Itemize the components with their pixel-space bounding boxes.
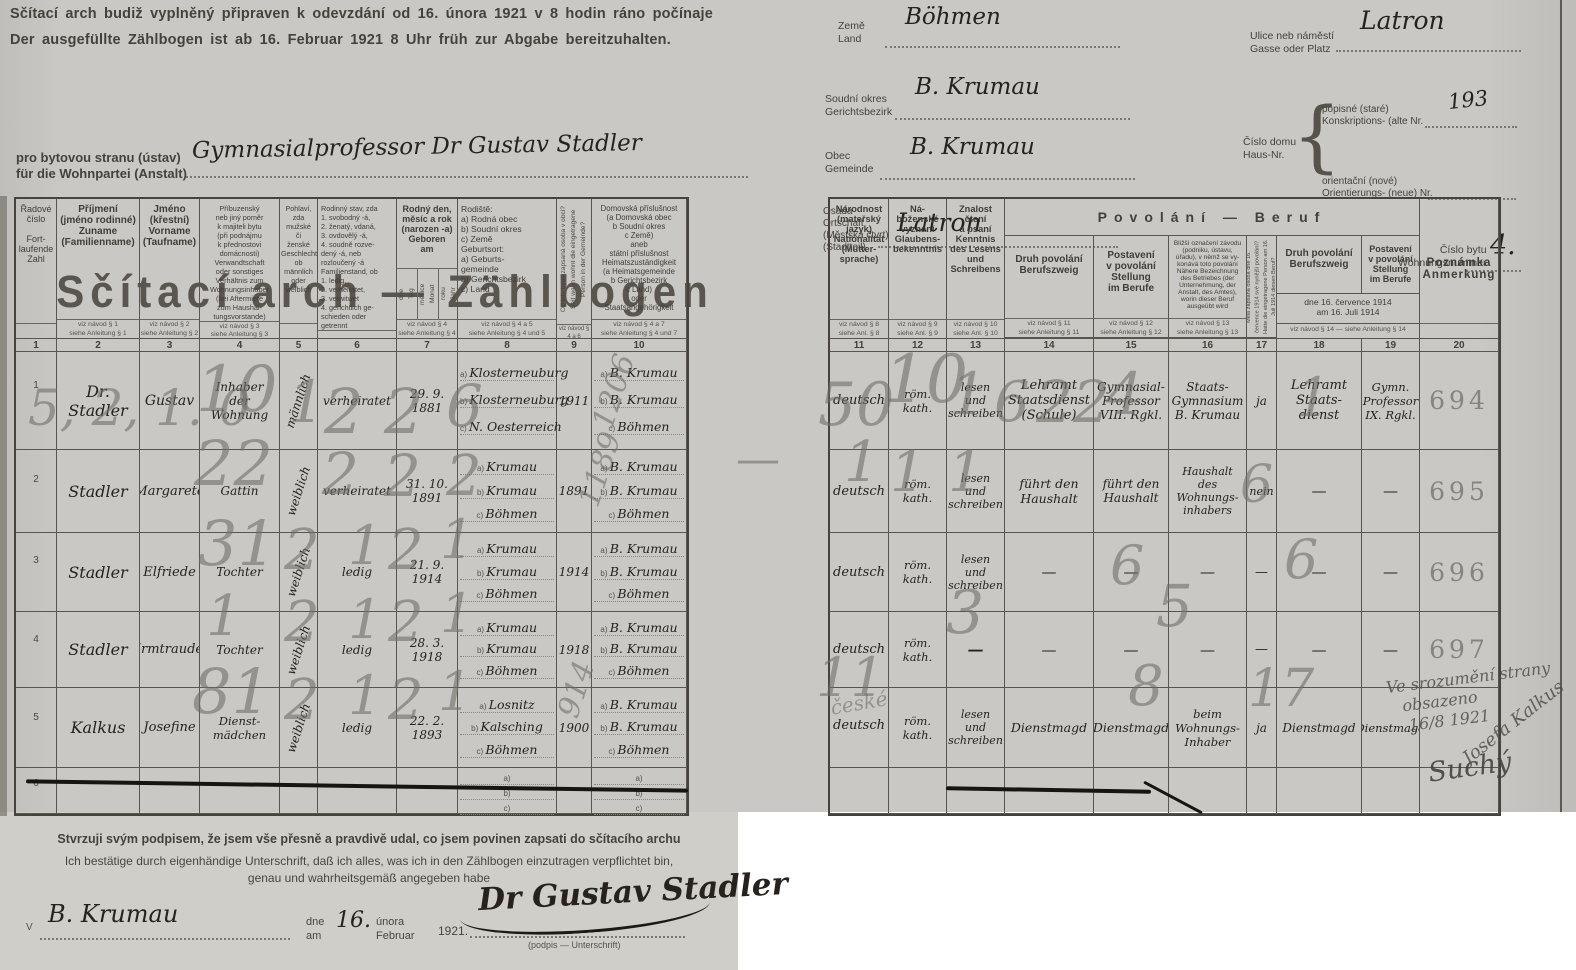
header-home-right: Domovská příslušnost (a Domovská obec b … <box>592 199 687 339</box>
pencil-mark: 1 <box>348 596 382 645</box>
surname-cell <box>57 768 140 814</box>
pencil-mark: 2 <box>284 676 320 726</box>
conscription-dotted-line <box>1425 126 1517 128</box>
literacy-cell: lesen und schreiben <box>947 688 1005 768</box>
municipality-label: Obec Gemeinde <box>825 150 873 175</box>
street-value: Latron <box>1360 6 1445 35</box>
surname-cell: Kalkus <box>57 688 140 768</box>
party-label: pro bytovou stranu (ústav)für die Wohnpa… <box>16 150 187 183</box>
occupation-cell: — <box>1005 533 1094 612</box>
pencil-mark: 22 <box>194 436 273 492</box>
note-1914: viz návod § 14 — siehe Anleitung § 14 <box>1277 324 1419 338</box>
firstname-cell: Elfriede <box>140 533 200 612</box>
header-occupation-type: Druh povolání Berufszweigviz návod § 11 … <box>1005 236 1094 338</box>
birthplace-cell <box>458 768 557 814</box>
same-1914-cell: — <box>1247 533 1277 612</box>
pencil-mark: 2 <box>388 526 424 576</box>
census-sheet-scan: Sčítací arch budiž vyplněný připraven k … <box>0 0 1576 970</box>
pencil-mark: 6 <box>446 380 483 432</box>
pencil-mark: 1 <box>1296 374 1330 423</box>
religion-cell: röm. kath. <box>889 688 947 768</box>
pencil-mark: 2 <box>324 384 363 440</box>
occupation-group-title: Povolání — Beruf <box>1005 199 1419 236</box>
same-1914-cell: ja <box>1247 352 1277 450</box>
pencil-mark: 50 <box>818 378 894 432</box>
position-1914-cell: Gymn. Professor IX. Rgkl. <box>1362 352 1420 450</box>
col-number: 5 <box>280 339 318 352</box>
col-number: 1 <box>16 339 57 352</box>
pencil-mark: 1 <box>206 592 242 642</box>
pencil-mark: 1 <box>440 590 474 639</box>
enterprise-cell: beim Wohnungs- Inhaber <box>1169 688 1247 768</box>
header-occupation-position: Postavení v povolání Stellung im Berufev… <box>1094 236 1169 338</box>
signature-dotted-line <box>470 936 685 938</box>
date-label-am: am <box>306 930 321 942</box>
birthplace-cell: LosnitzKalschingBöhmen <box>458 688 557 768</box>
since-cell: 1911 <box>557 352 592 450</box>
occupation-cell: Dienstmagd <box>1005 688 1094 768</box>
col-number: 14 <box>1005 339 1094 352</box>
remark-cell: 694 <box>1420 352 1499 450</box>
home-cell: B. KrumauB. KrumauBöhmen <box>592 688 687 768</box>
binding-edge <box>0 196 7 816</box>
pencil-mark: 1 <box>948 448 984 498</box>
position-1914-cell <box>1362 768 1420 814</box>
pencil-mark: 31 <box>198 516 277 572</box>
pencil-mark: 6 <box>1110 542 1144 591</box>
header-birthdate: Rodný den, měsíc a rok (narozen -a) Gebo… <box>397 199 458 339</box>
enterprise-cell: Haushalt des Wohnungs- inhabers <box>1169 450 1247 533</box>
col-number: 9 <box>557 339 592 352</box>
pencil-mark: 81 <box>192 664 271 720</box>
col-number: 3 <box>140 339 200 352</box>
surname-cell: Stadler <box>57 533 140 612</box>
pencil-mark: 2 <box>388 598 424 648</box>
firstname-cell: Irmtraude <box>140 612 200 688</box>
pencil-mark: 1 <box>890 448 926 498</box>
land-dotted-line <box>885 46 1120 48</box>
occupation-cell: — <box>1005 612 1094 688</box>
pencil-mark: 3 <box>946 586 984 640</box>
home-cell: B. KrumauB. KrumauBöhmen <box>592 612 687 688</box>
notice-line-cz: Sčítací arch budiž vyplněný připraven k … <box>10 6 776 22</box>
district-dotted-line <box>895 118 1130 120</box>
same-1914-cell <box>1247 768 1277 814</box>
row-number: 3 <box>16 533 57 612</box>
occupation-1914-cell <box>1277 768 1362 814</box>
pencil-mark: 5 <box>1156 580 1193 632</box>
enterprise-cell <box>1169 768 1247 814</box>
col-number: 6 <box>318 339 397 352</box>
municipality-dotted-line <box>880 178 1135 180</box>
col-number: 15 <box>1094 339 1169 352</box>
header-religion: Ná- boženské vyznání Glaubens- bekenntni… <box>889 199 947 339</box>
remark-cell: 695 <box>1420 450 1499 533</box>
pencil-mark: 6 <box>994 378 1030 428</box>
pencil-mark: 2 <box>446 452 482 502</box>
header-relationship: Příbuzenský neb jiný poměr k majiteli by… <box>200 199 280 339</box>
surname-cell: Stadler <box>57 612 140 688</box>
header-marital-status: Rodinný stav, zda 1. svobodný -á, 2. žen… <box>318 199 397 339</box>
occupation-subheaders: Druh povolání Berufszweigviz návod § 11 … <box>1005 236 1419 338</box>
street-label: Ulice neb náměstí Gasse oder Platz <box>1250 30 1334 55</box>
religion-cell: röm. kath. <box>889 612 947 688</box>
religion-cell: röm. kath. <box>889 533 947 612</box>
header-nationality: Národnost (mateřský jazyk) Nationalität … <box>830 199 889 339</box>
col-number: 4 <box>200 339 280 352</box>
subcol-year: roku Jahr <box>439 269 458 319</box>
pencil-mark: 1 <box>950 368 987 420</box>
pencil-mark: 17 <box>1248 666 1314 713</box>
col-number: 19 <box>1362 339 1420 352</box>
col-number: 8 <box>458 339 557 352</box>
occupation-cell: führt den Haushalt <box>1005 450 1094 533</box>
place-prefix: V <box>26 922 33 933</box>
home-cell: B. KrumauB. KrumauBöhmen <box>592 533 687 612</box>
header-firstname: Jméno (křestní) Vorname (Taufname)viz ná… <box>140 199 200 339</box>
pencil-mark: 1 <box>348 522 382 571</box>
place-dotted-line <box>40 938 290 940</box>
place-value: B. Krumau <box>48 900 178 928</box>
nationality-cell <box>830 768 889 814</box>
pencil-mark: — <box>736 440 780 480</box>
land-label: Země Land <box>838 20 865 45</box>
subheader-date-1914: dne 16. července 1914 am 16. Juli 1914 <box>1277 294 1419 324</box>
pencil-mark: 1 <box>288 376 325 428</box>
col-number: 10 <box>592 339 687 352</box>
header-occupation-type-1914: Druh povolání Berufszweig <box>1277 236 1362 294</box>
firstname-cell: Josefine <box>140 688 200 768</box>
remark-cell: 696 <box>1420 533 1499 612</box>
position-1914-cell: — <box>1362 533 1420 612</box>
header-sex: Pohlaví, zda mužské či ženské Geschlecht… <box>280 199 318 339</box>
col-number: 2 <box>57 339 140 352</box>
pencil-mark: 2 <box>284 526 320 576</box>
firstname-cell: Margarete <box>140 450 200 533</box>
pencil-mark: 22 <box>1036 376 1110 428</box>
religion-cell <box>889 768 947 814</box>
date-day-value: 16. <box>336 908 371 933</box>
position-cell: führt den Haushalt <box>1094 450 1169 533</box>
col-number: 18 <box>1277 339 1362 352</box>
pencil-mark: 1 <box>440 516 474 565</box>
header-residing-since: Od kdy bydlí zapsaná osoba v obci? Seit … <box>557 199 592 339</box>
pencil-mark: 1 <box>438 668 472 717</box>
pencil-mark: 2 <box>284 598 320 648</box>
house-number-label: Číslo domu Haus-Nr. <box>1243 136 1296 161</box>
street-dotted-line <box>1336 50 1521 52</box>
pencil-mark: 6 <box>1284 536 1318 585</box>
pencil-mark: 4 <box>1106 368 1143 420</box>
pencil-mark: 2 <box>384 384 423 440</box>
birthdate-cell <box>397 768 458 814</box>
party-dotted-line <box>186 176 748 178</box>
row-number: 5 <box>16 688 57 768</box>
municipality-value: B. Krumau <box>910 134 1035 160</box>
subcol-day: dne Tag <box>397 269 418 319</box>
row-number: 2 <box>16 450 57 533</box>
col-number: 11 <box>830 339 889 352</box>
col-number: 16 <box>1169 339 1247 352</box>
enterprise-cell: Staats- Gymnasium B. Krumau <box>1169 352 1247 450</box>
signature-label: (podpis — Unterschrift) <box>528 940 621 950</box>
header-position-1914: Postavení v povolání Stellung im Berufe <box>1362 236 1419 294</box>
party-label-de: für die Wohnpartei (Anstalt) <box>16 166 187 181</box>
pencil-mark: 6 <box>1240 462 1273 509</box>
relationship-cell <box>200 768 280 814</box>
status-cell <box>318 768 397 814</box>
row-number: 4 <box>16 612 57 688</box>
party-label-cz: pro bytovou stranu (ústav) <box>16 150 181 165</box>
occupation-1914-cell: — <box>1277 450 1362 533</box>
birthdate-subcolumns: dne Tag měsíce Monat roku Jahr <box>397 268 457 319</box>
pencil-mark: 2 <box>384 450 421 502</box>
pencil-mark: 1 <box>348 672 382 721</box>
notice-line-de: Der ausgefüllte Zählbogen ist ab 16. Feb… <box>10 32 776 48</box>
pencil-mark: 2 <box>388 676 424 726</box>
pencil-mark: 1 <box>844 438 880 488</box>
district-label: Soudní okres Gerichtsbezirk <box>825 93 892 118</box>
col-number: 20 <box>1420 339 1499 352</box>
col-number: 17 <box>1247 339 1277 352</box>
firstname-cell <box>140 768 200 814</box>
nationality-cell: deutsch <box>830 533 889 612</box>
header-surname: Příjmení (jméno rodinné) Zuname (Familie… <box>57 199 140 339</box>
header-birthplace: Rodiště: a) Rodná obec b) Soudní okres c… <box>458 199 557 339</box>
col-number: 7 <box>397 339 458 352</box>
since-cell: 1914 <box>557 533 592 612</box>
conscription-number-value: 193 <box>1447 86 1489 114</box>
date-label-dne: dne <box>306 916 324 928</box>
pencil-mark: 8 <box>1128 662 1164 712</box>
position-1914-cell: — <box>1362 450 1420 533</box>
conscription-number-label: popisné (staré) Konskriptions- (alte Nr. <box>1322 104 1423 128</box>
surname-cell: Stadler <box>57 450 140 533</box>
pencil-mark: 10 <box>196 362 277 420</box>
date-year: 1921. <box>438 924 468 938</box>
date-month-cz: února <box>376 916 404 928</box>
pencil-mark: 2 <box>322 448 359 500</box>
declaration-line-cz: Stvrzuji svým podpisem, že jsem vše přes… <box>0 832 738 846</box>
date-month-de: Februar <box>376 930 415 942</box>
district-value: B. Krumau <box>915 74 1040 100</box>
header-same-occupation-1914: Měla zapsaná osoba dne 16. července 1914… <box>1247 236 1277 338</box>
header-remark: Poznámka Anmerkung <box>1420 199 1499 339</box>
pencil-mark: 11 <box>816 654 885 703</box>
sex-cell <box>280 768 318 814</box>
header-row-number: Řadové číslo Fort- laufende Zahl <box>16 199 57 339</box>
header-literacy: Znalost čtení a psaní Kenntnis des Lesen… <box>947 199 1005 339</box>
declaration-line-de1: Ich bestätige durch eigenhändige Untersc… <box>0 854 738 868</box>
row-number: 6 <box>16 768 57 814</box>
header-occupation-group: Povolání — Beruf Druh povolání Berufszwe… <box>1005 199 1420 339</box>
land-value: Böhmen <box>905 4 1001 30</box>
header-enterprise: Bližší označení závodu (podniku, ústavu,… <box>1169 236 1247 338</box>
subcol-month: měsíce Monat <box>418 269 439 319</box>
